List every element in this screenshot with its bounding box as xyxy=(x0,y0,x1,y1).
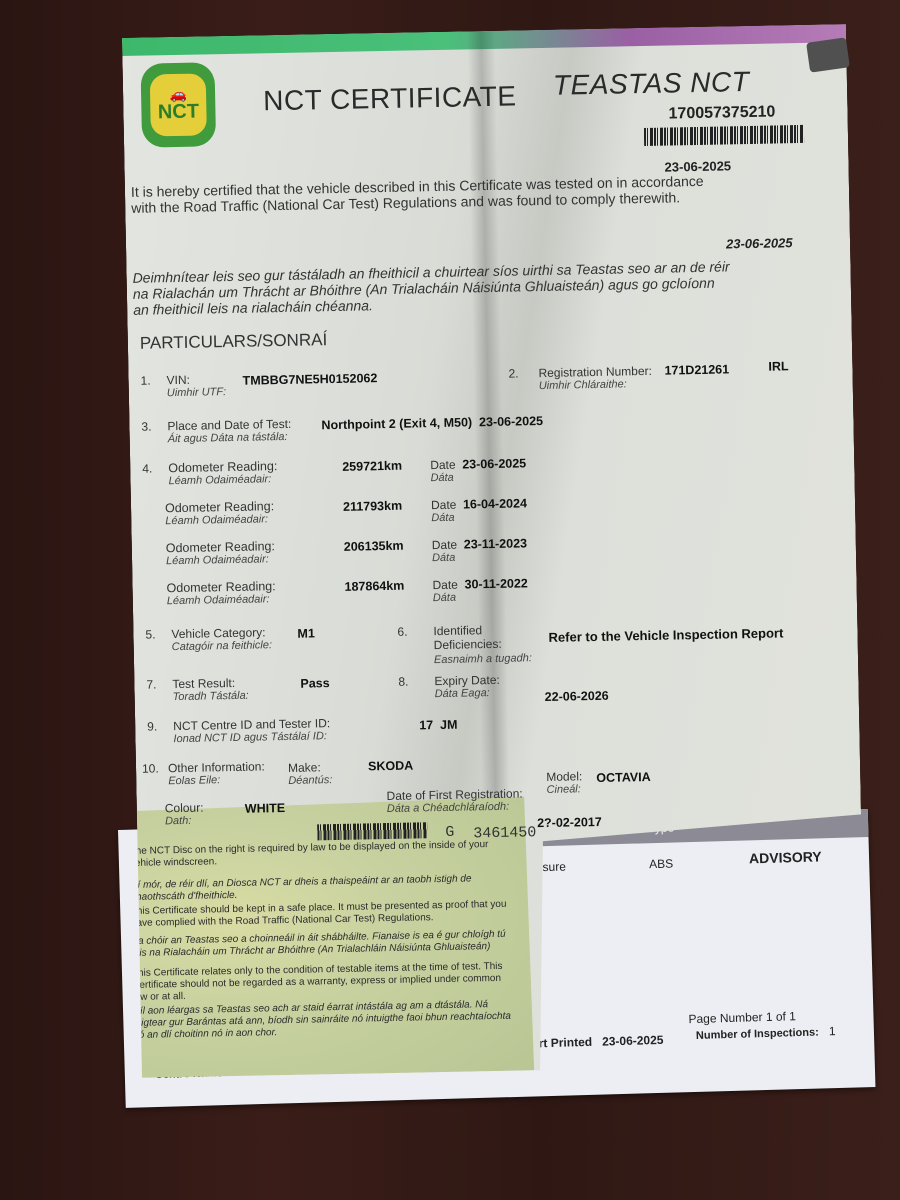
odometer-label-ga: Léamh Odaiméadair: xyxy=(168,473,271,487)
colour-label: Colour: xyxy=(165,801,204,816)
first-reg-value: 2?-02-2017 xyxy=(537,815,602,830)
inspections-value: 1 xyxy=(829,1024,836,1038)
centre-label-ga: Ionad NCT ID agus Tástálaí ID: xyxy=(173,730,327,745)
car-icon: 🚗 xyxy=(169,86,187,100)
field-number: 6. xyxy=(397,625,407,639)
particulars-heading: PARTICULARS/SONRAÍ xyxy=(140,330,328,354)
field-number: 3. xyxy=(141,420,151,434)
vin-label: VIN: xyxy=(166,373,190,387)
odometer-label-ga: Léamh Odaiméadair: xyxy=(167,593,270,607)
odometer-date-label-ga: Dáta xyxy=(430,472,453,484)
expiry-label-ga: Dáta Eaga: xyxy=(435,687,490,700)
expiry-label: Expiry Date: xyxy=(434,673,500,688)
disc-holder-corner xyxy=(806,37,850,72)
centre-value: 17 JM xyxy=(419,718,457,733)
category-label-ga: Catagóir na feithicle: xyxy=(172,639,272,653)
field-number: 9. xyxy=(147,719,157,733)
disc-serial-prefix: G xyxy=(445,824,454,841)
result-value: Pass xyxy=(300,676,329,691)
colour-value: WHITE xyxy=(245,801,286,816)
report-status: ADVISORY xyxy=(749,848,822,866)
odometer-date-label-ga: Dáta xyxy=(433,592,456,604)
odometer-label-ga: Léamh Odaiméadair: xyxy=(166,553,269,567)
odometer-date-label: Date xyxy=(431,498,457,512)
printed-date: 23-06-2025 xyxy=(602,1033,664,1049)
title-ga: TEASTAS NCT xyxy=(553,66,750,102)
registration-country: IRL xyxy=(768,359,788,373)
colour-label-ga: Dath: xyxy=(165,815,192,828)
vin-label-ga: Uimhir UTF: xyxy=(167,386,227,399)
registration-label-ga: Uimhir Chláraithe: xyxy=(539,378,627,392)
title-en: NCT CERTIFICATE xyxy=(263,80,517,117)
odometer-date-label: Date xyxy=(432,538,458,552)
result-label-ga: Toradh Tástála: xyxy=(173,690,249,703)
odometer-date: 23-11-2023 xyxy=(464,536,528,551)
notice-en: This Certificate relates only to the con… xyxy=(132,961,513,1004)
other-label: Other Information: xyxy=(168,759,265,775)
model-label-ga: Cineál: xyxy=(546,783,580,796)
first-reg-label-ga: Dáta a Chéadchláraíodh: xyxy=(387,801,510,815)
odometer-date: 23-06-2025 xyxy=(462,456,526,471)
nct-logo: 🚗 NCT xyxy=(140,62,216,147)
odometer-label-ga: Léamh Odaiméadair: xyxy=(165,513,268,527)
field-number: 5. xyxy=(145,627,155,641)
field-number: 4. xyxy=(142,461,152,475)
odometer-date-label: Date xyxy=(430,458,456,472)
test-date-ga: 23-06-2025 xyxy=(726,235,793,251)
deficiencies-label-ga: Easnaimh a tugadh: xyxy=(434,652,532,666)
place-label-ga: Áit agus Dáta na tástála: xyxy=(168,431,288,445)
odometer-value: 211793km xyxy=(343,499,402,514)
result-label: Test Result: xyxy=(172,676,235,691)
disc-barcode xyxy=(317,822,427,840)
page-number: Page Number 1 of 1 xyxy=(688,1009,796,1026)
notice-ga: Níl aon léargas sa Teastas seo ach ar st… xyxy=(133,999,514,1042)
registration-label: Registration Number: xyxy=(538,364,652,380)
deficiencies-value: Refer to the Vehicle Inspection Report xyxy=(548,625,783,645)
field-number: 8. xyxy=(398,675,408,689)
odometer-date: 30-11-2022 xyxy=(464,576,528,591)
odometer-date-label-ga: Dáta xyxy=(432,552,455,564)
statement-en: It is hereby certified that the vehicle … xyxy=(131,172,732,216)
other-label-ga: Eolas Eile: xyxy=(168,774,220,787)
statement-ga: Deimhnítear leis seo gur tástáladh an fh… xyxy=(132,258,733,318)
certificate-barcode xyxy=(644,125,804,146)
odometer-date: 16-04-2024 xyxy=(463,496,527,511)
field-number: 1. xyxy=(140,374,150,388)
field-number: 2. xyxy=(508,366,518,380)
make-value: SKODA xyxy=(368,759,413,774)
report-type: ABS xyxy=(649,857,673,872)
odometer-value: 187864km xyxy=(344,579,404,594)
make-label: Make: xyxy=(288,760,321,775)
odometer-value: 259721km xyxy=(342,459,402,474)
odometer-value: 206135km xyxy=(344,539,404,554)
category-value: M1 xyxy=(297,626,315,640)
deficiencies-label: Identified Deficiencies: xyxy=(433,623,494,652)
expiry-value: 22-06-2026 xyxy=(545,689,609,704)
place-value: Northpoint 2 (Exit 4, M50) 23-06-2025 xyxy=(321,414,543,432)
model-label: Model: xyxy=(546,769,582,784)
inspections-label: Number of Inspections: xyxy=(696,1027,819,1042)
field-number: 10. xyxy=(142,761,159,775)
odometer-date-label-ga: Dáta xyxy=(431,512,454,524)
make-label-ga: Déantús: xyxy=(288,774,332,787)
certificate-number: 17005737521​0 xyxy=(668,103,775,123)
registration-value: 171D21261 xyxy=(664,362,729,377)
vin-value: TMBBG7NE5H0152062 xyxy=(242,371,377,388)
field-number: 7. xyxy=(146,677,156,691)
odometer-date-label: Date xyxy=(432,578,458,592)
model-value: OCTAVIA xyxy=(596,770,651,785)
